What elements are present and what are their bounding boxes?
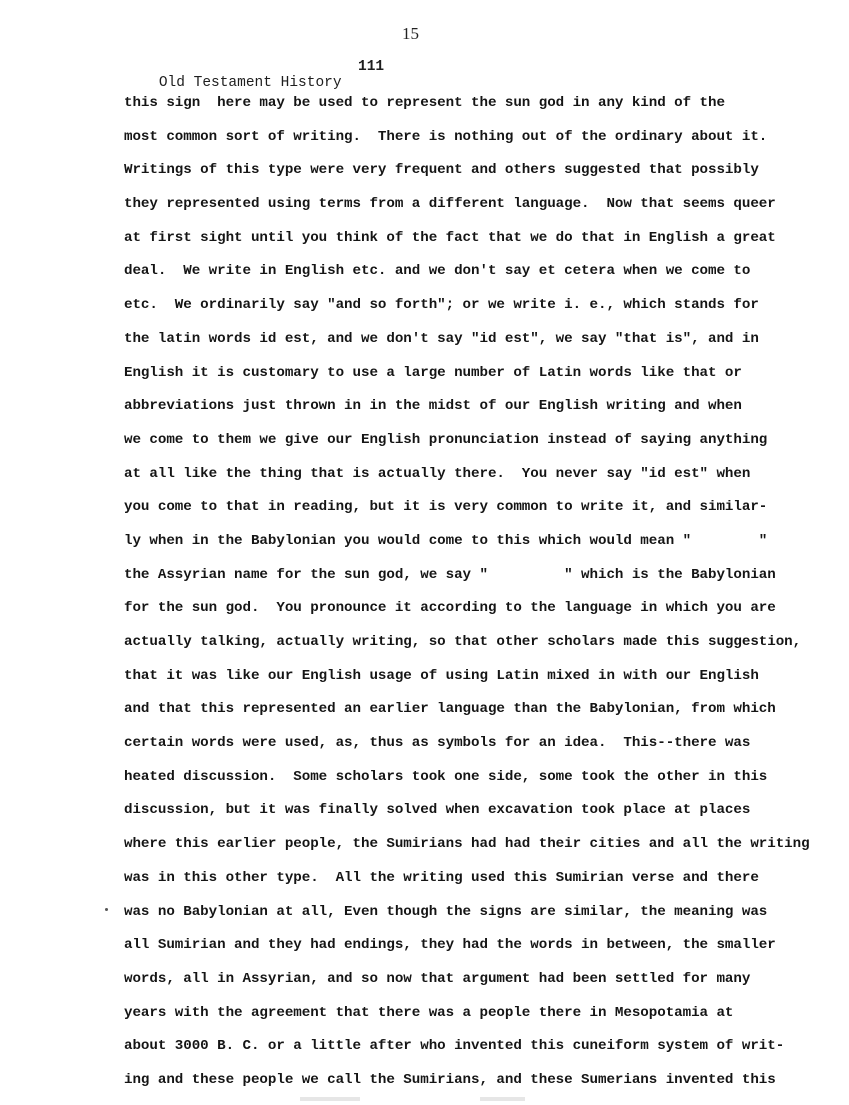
text-line: years with the agreement that there was …: [124, 1003, 824, 1037]
text-line: you come to that in reading, but it is v…: [124, 497, 824, 531]
text-line: ing and these people we call the Sumiria…: [124, 1070, 824, 1104]
text-line: abbreviations just thrown in in the mids…: [124, 396, 824, 430]
text-line: English it is customary to use a large n…: [124, 363, 824, 397]
text-line: most common sort of writing. There is no…: [124, 127, 824, 161]
text-line: heated discussion. Some scholars took on…: [124, 767, 824, 801]
text-line: was in this other type. All the writing …: [124, 868, 824, 902]
text-line: actually talking, actually writing, so t…: [124, 632, 824, 666]
running-head-title: Old Testament History: [159, 75, 342, 91]
text-line: the latin words id est, and we don't say…: [124, 329, 824, 363]
text-line: ly when in the Babylonian you would come…: [124, 531, 824, 565]
text-line: at first sight until you think of the fa…: [124, 228, 824, 262]
text-line: for the sun god. You pronounce it accord…: [124, 598, 824, 632]
text-line: where this earlier people, the Sumirians…: [124, 834, 824, 868]
scan-smudge: [300, 1097, 360, 1101]
text-line: deal. We write in English etc. and we do…: [124, 261, 824, 295]
stray-ink-mark: [105, 908, 108, 911]
text-line: we come to them we give our English pron…: [124, 430, 824, 464]
text-line: at all like the thing that is actually t…: [124, 464, 824, 498]
document-page: 15 Old Testament History 111 this sign h…: [0, 0, 849, 1105]
text-line: and that this represented an earlier lan…: [124, 699, 824, 733]
text-line: etc. We ordinarily say "and so forth"; o…: [124, 295, 824, 329]
text-line: about 3000 B. C. or a little after who i…: [124, 1036, 824, 1070]
text-line: discussion, but it was finally solved wh…: [124, 800, 824, 834]
scan-smudge: [480, 1097, 525, 1101]
text-line: words, all in Assyrian, and so now that …: [124, 969, 824, 1003]
text-line: that it was like our English usage of us…: [124, 666, 824, 700]
running-head-folio: 111: [358, 59, 384, 75]
body-text: this sign here may be used to represent …: [124, 93, 824, 1104]
text-line: the Assyrian name for the sun god, we sa…: [124, 565, 824, 599]
text-line: they represented using terms from a diff…: [124, 194, 824, 228]
text-line: was no Babylonian at all, Even though th…: [124, 902, 824, 936]
text-line: Writings of this type were very frequent…: [124, 160, 824, 194]
text-line: all Sumirian and they had endings, they …: [124, 935, 824, 969]
text-line: certain words were used, as, thus as sym…: [124, 733, 824, 767]
page-number: 15: [402, 24, 419, 44]
text-line: this sign here may be used to represent …: [124, 93, 824, 127]
